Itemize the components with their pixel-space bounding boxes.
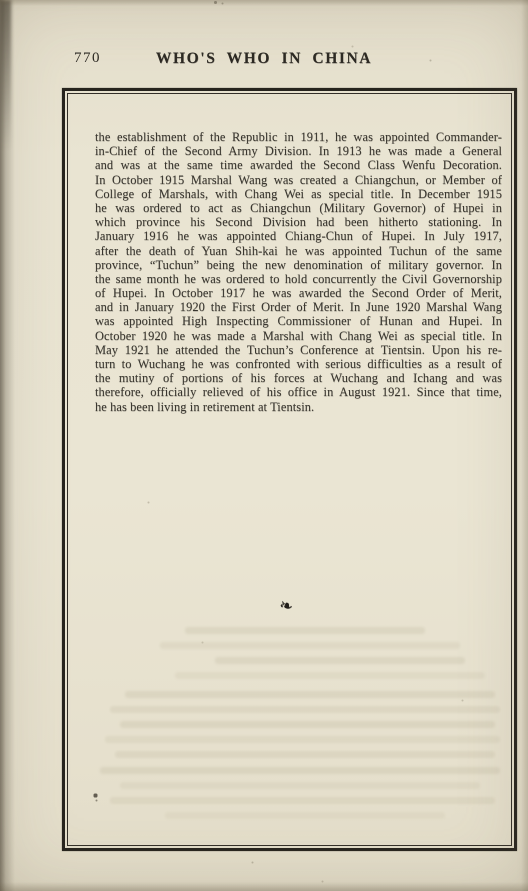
text-line: after the death of Yuan Shih-kai he was … <box>95 244 502 258</box>
page-header: 770 WHO'S WHO IN CHINA <box>0 50 528 70</box>
scan-shadow-bottom <box>0 882 528 891</box>
scanned-book-page: { "header": { "page_number": "770", "tit… <box>0 0 528 891</box>
text-line: January 1916 he was appointed Chiang-Chu… <box>95 229 502 243</box>
biography-text-block: the establishment of the Republic in 191… <box>95 130 502 414</box>
text-line: therefore, officially relieved of his of… <box>95 385 502 399</box>
text-line: In October 1915 Marshal Wang was created… <box>95 173 502 187</box>
book-page: 770 WHO'S WHO IN CHINA the establishment… <box>0 0 528 891</box>
text-line: of Hupei. In October 1917 he was awarded… <box>95 286 502 300</box>
scan-shadow-top <box>0 0 528 6</box>
text-line: province, “Tuchun” being the new denomin… <box>95 258 502 272</box>
running-title: WHO'S WHO IN CHINA <box>0 50 528 68</box>
border-frame-outer: the establishment of the Republic in 191… <box>62 88 517 851</box>
text-line: and in January 1920 the First Order of M… <box>95 300 502 314</box>
text-line: turn to Wuchang he was confronted with s… <box>95 357 502 371</box>
text-line: was appointed High Inspecting Commission… <box>95 314 502 328</box>
text-line: May 1921 he attended the Tuchun’s Confer… <box>95 343 502 357</box>
text-line: he has been living in retirement at Tien… <box>95 400 502 414</box>
text-line: which province his Second Division had b… <box>95 215 502 229</box>
text-line: the same month he was ordered to hold co… <box>95 272 502 286</box>
text-line: College of Marshals, with Chang Wei as s… <box>95 187 502 201</box>
paper-speckles <box>0 0 1 1</box>
text-line: in-Chief of the Second Army Division. In… <box>95 144 502 158</box>
text-line: the establishment of the Republic in 191… <box>95 130 502 144</box>
text-line: October 1920 he was made a Marshal with … <box>95 329 502 343</box>
text-line: and was at the same time awarded the Sec… <box>95 158 502 172</box>
scan-shadow-left-top <box>0 0 11 150</box>
text-line: the mutiny of portions of his forces at … <box>95 371 502 385</box>
scan-shadow-right <box>521 0 528 891</box>
text-line: he was ordered to act as Chiangchun (Mil… <box>95 201 502 215</box>
